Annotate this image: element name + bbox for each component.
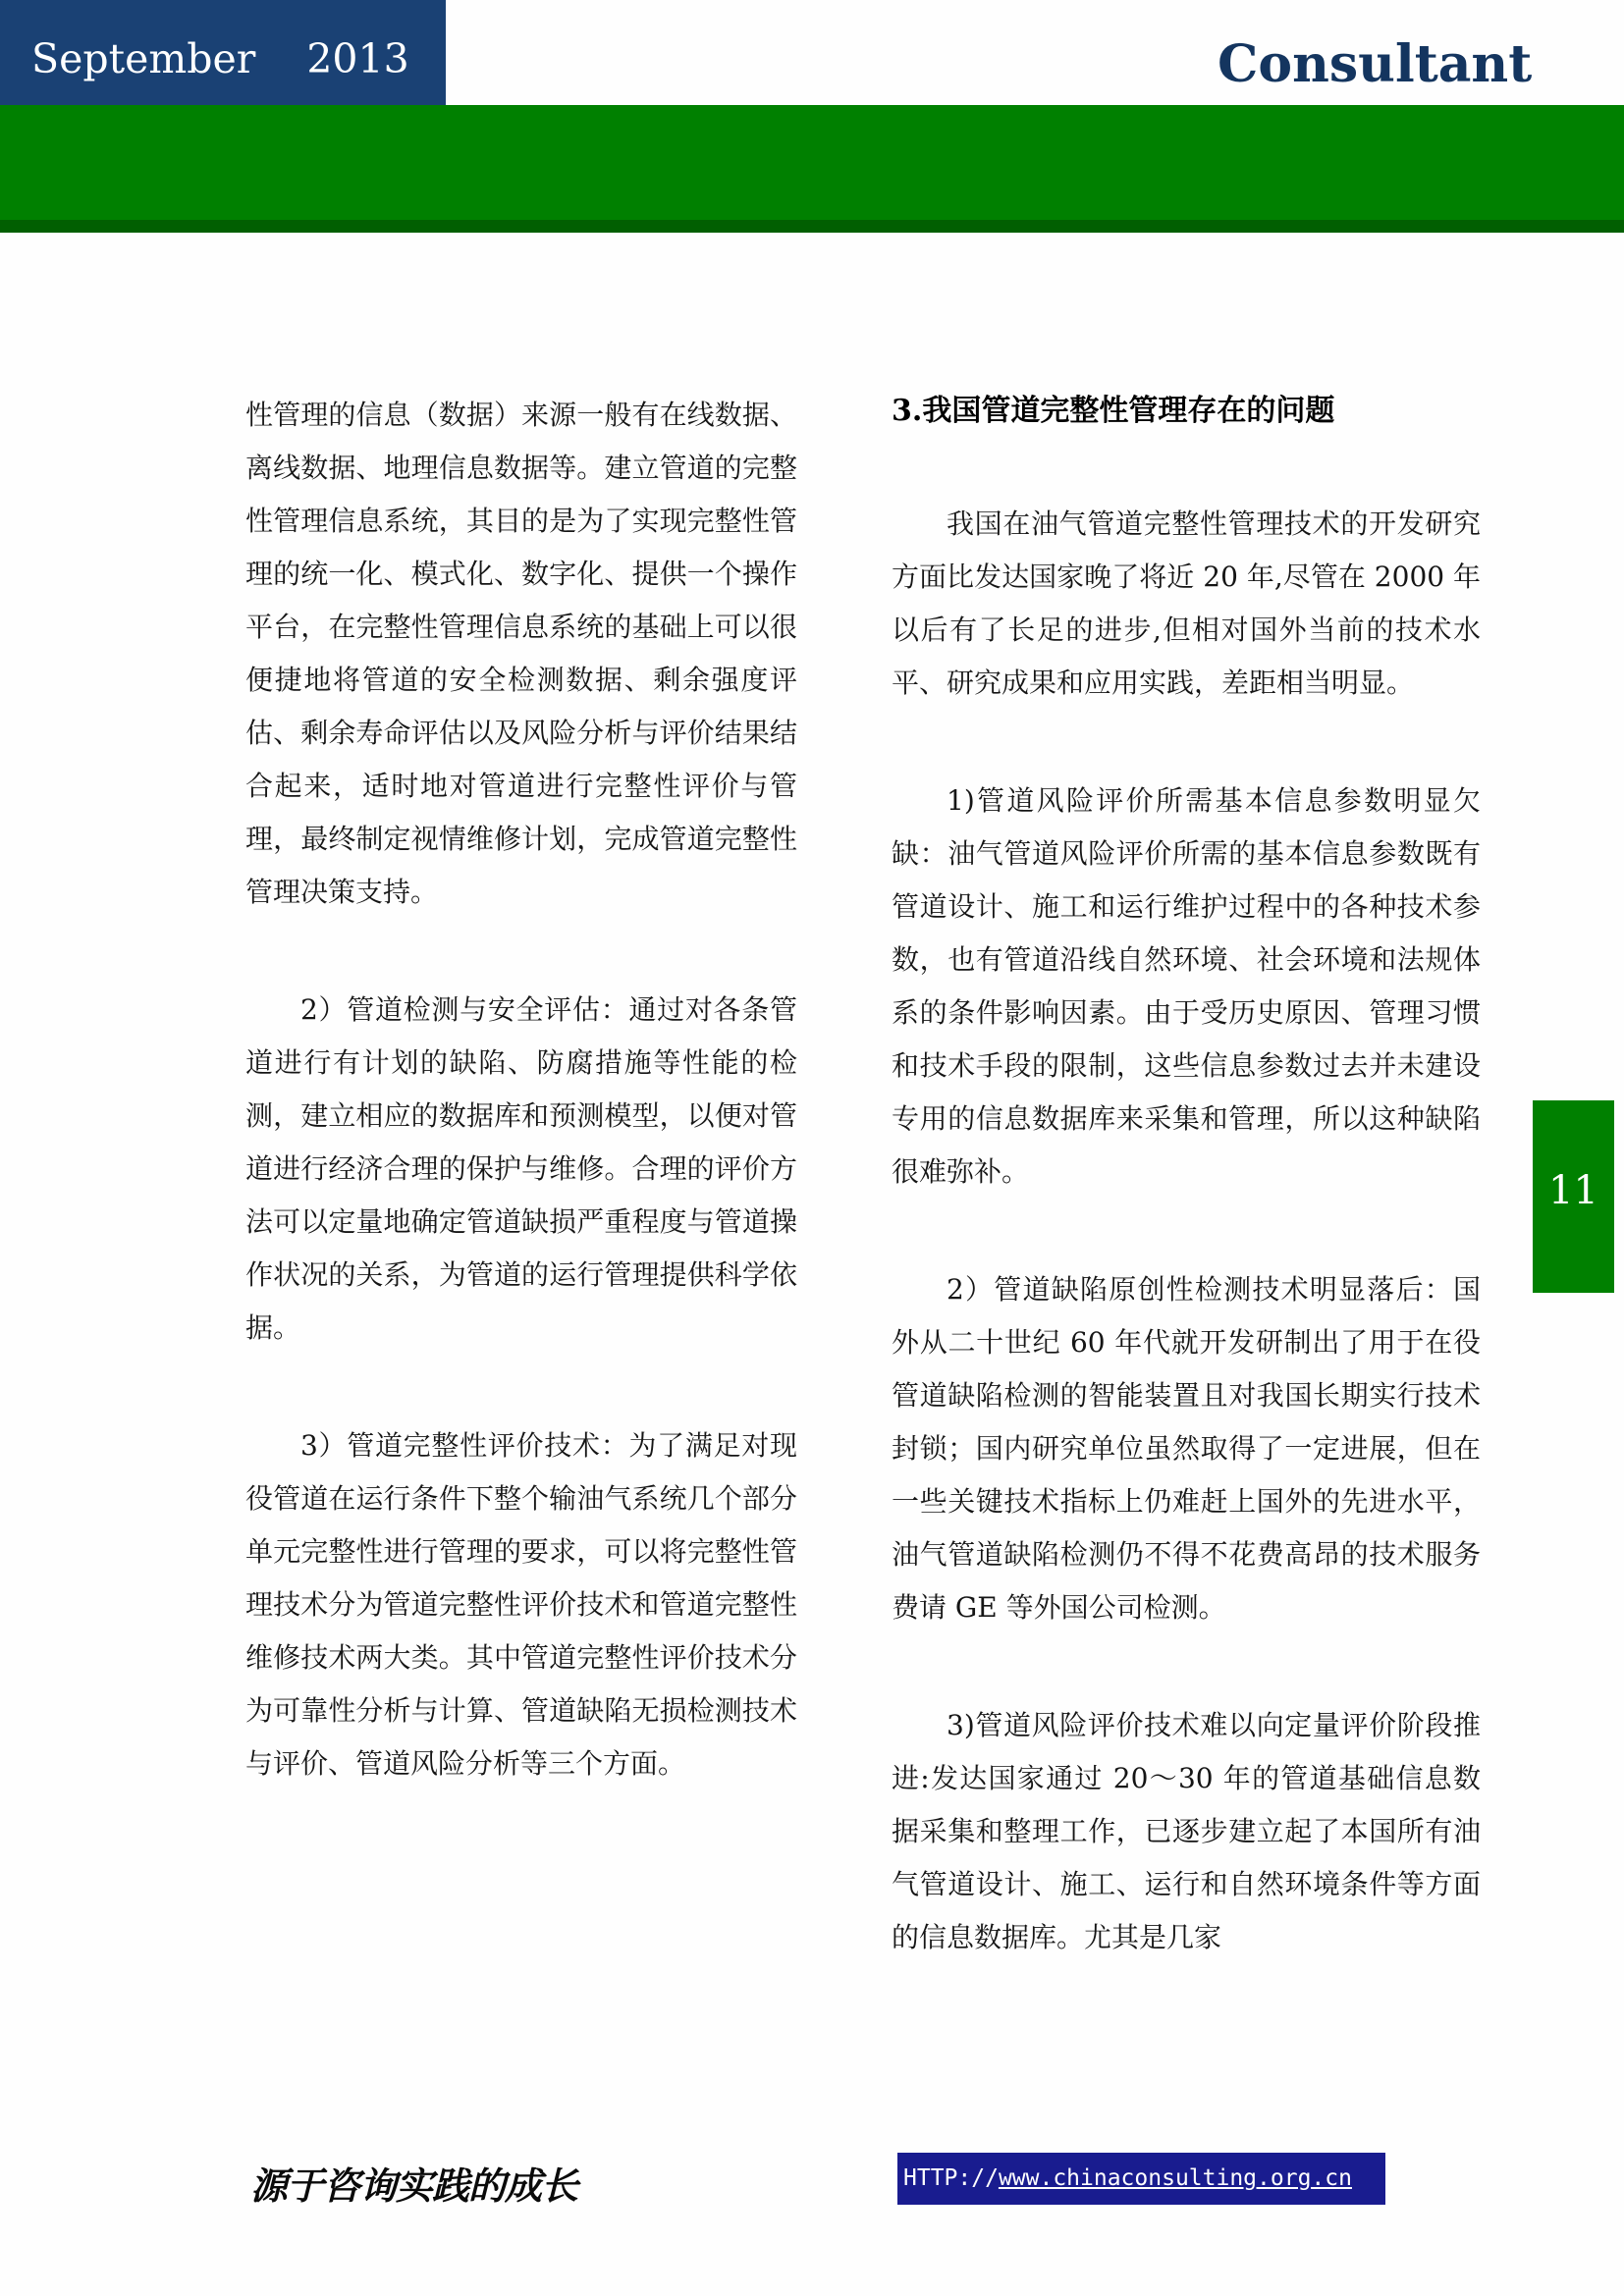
body-paragraph: 性管理的信息（数据）来源一般有在线数据、离线数据、地理信息数据等。建立管道的完整… <box>245 389 797 919</box>
body-paragraph: 2）管道检测与安全评估：通过对各条管道进行有计划的缺陷、防腐措施等性能的检测，建… <box>245 984 797 1355</box>
body-paragraph: 3）管道完整性评价技术：为了满足对现役管道在运行条件下整个输油气系统几个部分单元… <box>245 1419 797 1790</box>
url-prefix: HTTP:// <box>903 2165 999 2191</box>
header-green-band <box>0 105 1624 220</box>
body-paragraph: 我国在油气管道完整性管理技术的开发研究方面比发达国家晚了将近 20 年,尽管在 … <box>892 498 1481 710</box>
issue-date-banner: September 2013 <box>0 0 446 106</box>
magazine-page: September 2013 Consultant 性管理的信息（数据）来源一般… <box>0 0 1624 2296</box>
header-green-strip <box>0 220 1624 233</box>
masthead-title: Consultant <box>1218 39 1532 90</box>
page-number: 11 <box>1548 1168 1598 1213</box>
issue-month: September <box>31 39 255 80</box>
right-text-column: 3.我国管道完整性管理存在的问题 我国在油气管道完整性管理技术的开发研究方面比发… <box>892 385 1481 2029</box>
section-heading: 3.我国管道完整性管理存在的问题 <box>892 385 1481 438</box>
issue-year: 2013 <box>306 39 408 80</box>
body-paragraph: 2）管道缺陷原创性检测技术明显落后：国外从二十世纪 60 年代就开发研制出了用于… <box>892 1263 1481 1634</box>
page-number-badge: 11 <box>1533 1100 1614 1293</box>
website-link[interactable]: www.chinaconsulting.org.cn <box>999 2165 1352 2191</box>
left-text-column: 性管理的信息（数据）来源一般有在线数据、离线数据、地理信息数据等。建立管道的完整… <box>245 389 797 1855</box>
footer-url-bar: HTTP://www.chinaconsulting.org.cn <box>897 2153 1385 2205</box>
footer-slogan: 源于咨询实践的成长 <box>250 2156 577 2210</box>
body-paragraph: 1)管道风险评价所需基本信息参数明显欠缺：油气管道风险评价所需的基本信息参数既有… <box>892 774 1481 1199</box>
body-paragraph: 3)管道风险评价技术难以向定量评价阶段推进:发达国家通过 20～30 年的管道基… <box>892 1699 1481 1964</box>
